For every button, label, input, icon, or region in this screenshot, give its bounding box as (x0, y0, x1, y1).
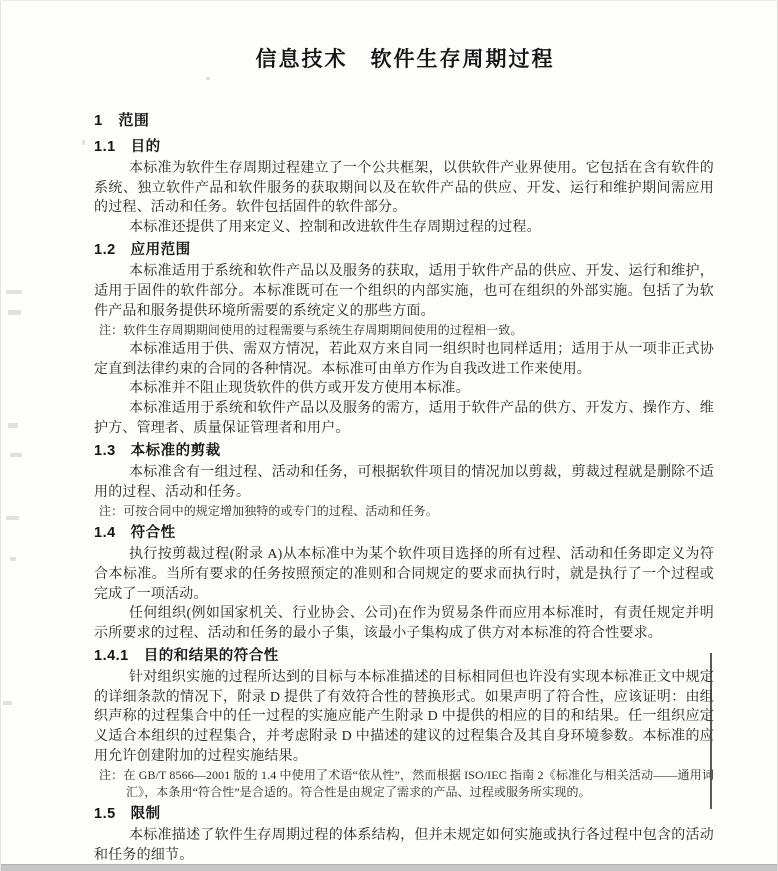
paragraph-application-4: 本标准适用于系统和软件产品以及服务的需方，适用于软件产品的供方、开发方、操作方、… (94, 399, 714, 438)
scan-artifact (206, 77, 210, 80)
paragraph-purpose-1: 本标准为软件生存周期过程建立了一个公共框架，以供软件产业界使用。它包括在含有软件… (94, 159, 714, 218)
document-title: 信息技术 软件生存周期过程 (94, 43, 716, 73)
note-conformance: 注：在 GB/T 8566—2001 版的 1.4 中使用了术语“依从性”，然而… (126, 767, 714, 801)
section-heading-application: 1.2 应用范围 (94, 240, 714, 260)
paragraph-conformance-results-1: 针对组织实施的过程所达到的目标与本标准描述的目标相同但也许没有实现本标准正文中规… (94, 668, 714, 766)
paragraph-application-2: 本标准适用于供、需双方情况，若此双方来自同一组织时也同样适用；适用于从一项非正式… (94, 340, 714, 379)
section-heading-limitations: 1.5 限制 (94, 804, 714, 824)
scan-artifact (8, 310, 21, 315)
scan-artifact (6, 290, 22, 294)
revision-change-bar (710, 653, 712, 809)
scan-artifact (10, 453, 22, 457)
paragraph-application-1: 本标准适用于系统和软件产品以及服务的获取，适用于软件产品的供应、开发、运行和维护… (94, 262, 714, 321)
section-heading-conformance-results: 1.4.1 目的和结果的符合性 (94, 646, 714, 666)
paragraph-conformance-2: 任何组织(例如国家机关、行业协会、公司)在作为贸易条件而应用本标准时，有责任规定… (94, 604, 714, 643)
paragraph-tailoring-1: 本标准含有一组过程、活动和任务，可根据软件项目的情况加以剪裁，剪裁过程就是删除不… (94, 463, 714, 502)
section-heading-conformance: 1.4 符合性 (94, 523, 714, 543)
scanned-document-page: 信息技术 软件生存周期过程 1 范围 1.1 目的 本标准为软件生存周期过程建立… (0, 0, 778, 871)
scan-artifact (82, 140, 85, 145)
scan-artifact (10, 557, 16, 561)
note-application: 注：软件生存周期期间使用的过程需要与系统生存周期期间使用的过程相一致。 (126, 322, 714, 339)
scan-artifact (8, 423, 18, 428)
scan-artifact (6, 516, 19, 520)
section-heading-purpose: 1.1 目的 (94, 137, 714, 157)
document-body: 1 范围 1.1 目的 本标准为软件生存周期过程建立了一个公共框架，以供软件产业… (94, 111, 714, 865)
scan-edge-bottom (1, 864, 778, 871)
paragraph-conformance-1: 执行按剪裁过程(附录 A)从本标准中为某个软件项目选择的所有过程、活动和任务即定… (94, 545, 714, 604)
paragraph-application-3: 本标准并不阻止现货软件的供方或开发方使用本标准。 (94, 379, 714, 399)
section-heading-tailoring: 1.3 本标准的剪裁 (94, 441, 714, 461)
paragraph-purpose-2: 本标准还提供了用来定义、控制和改进软件生存周期过程的过程。 (94, 218, 714, 238)
section-heading-scope: 1 范围 (94, 111, 714, 131)
scan-artifact (3, 701, 12, 705)
paragraph-limitations-1: 本标准描述了软件生存周期过程的体系结构，但并未规定如何实施或执行各过程中包含的活… (94, 826, 714, 865)
note-tailoring: 注：可按合同中的规定增加独特的或专门的过程、活动和任务。 (126, 503, 714, 520)
